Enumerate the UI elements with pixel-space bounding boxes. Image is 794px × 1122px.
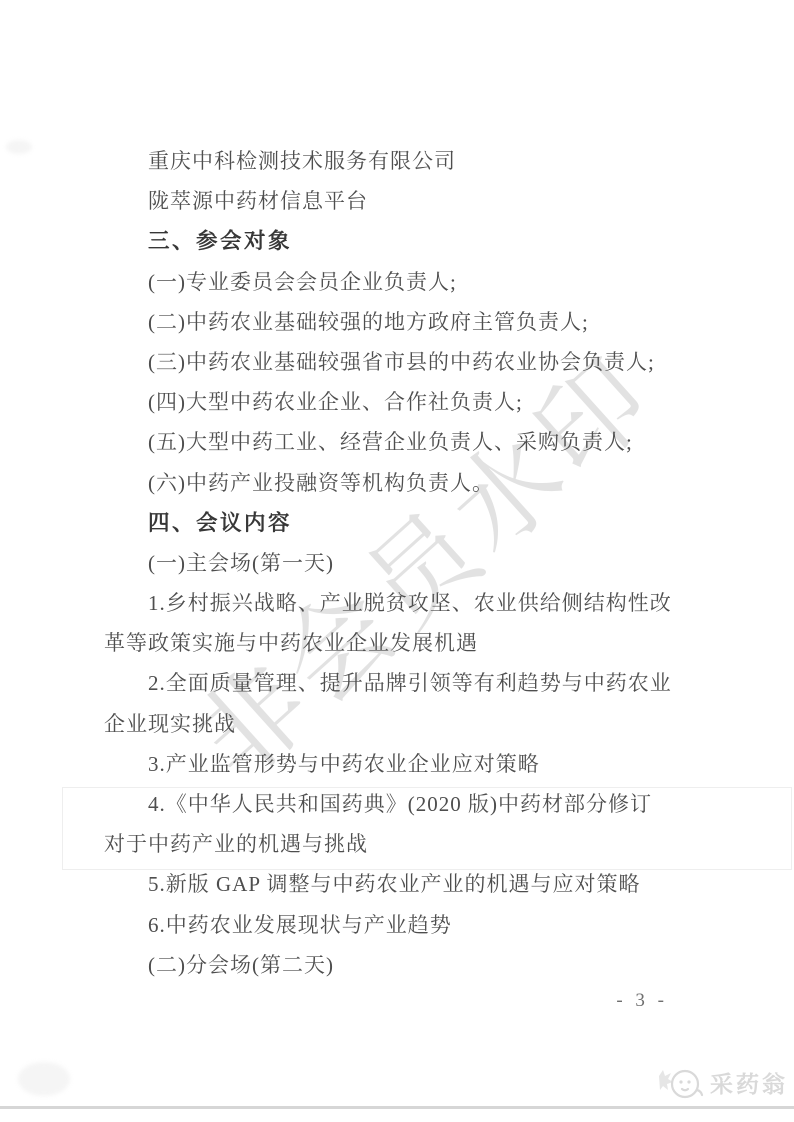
document-lines: 重庆中科检测技术服务有限公司陇萃源中药材信息平台三、参会对象(一)专业委员会会员…	[104, 141, 700, 985]
text-line: (一)主会场(第一天)	[104, 543, 700, 583]
text-line: 1.乡村振兴战略、产业脱贫攻坚、农业供给侧结构性改	[104, 583, 700, 623]
text-line: (二)分会场(第二天)	[104, 945, 700, 985]
brand-name: 采药翁	[710, 1066, 788, 1099]
mascot-icon	[653, 1062, 705, 1102]
text-line: 陇萃源中药材信息平台	[104, 181, 700, 221]
text-line: (三)中药农业基础较强省市县的中药农业协会负责人;	[104, 342, 700, 382]
page-number: - 3 -	[616, 990, 668, 1012]
scanned-document-page: 非会员水印 重庆中科检测技术服务有限公司陇萃源中药材信息平台三、参会对象(一)专…	[0, 0, 794, 1122]
text-line: (二)中药农业基础较强的地方政府主管负责人;	[104, 302, 700, 342]
text-line: 4.《中华人民共和国药典》(2020 版)中药材部分修订	[104, 784, 700, 824]
scan-smudge	[6, 140, 32, 154]
text-line: 企业现实挑战	[104, 704, 700, 744]
text-line: 2.全面质量管理、提升品牌引领等有利趋势与中药农业	[104, 663, 700, 703]
section-heading: 四、会议内容	[104, 503, 700, 543]
document-body: 重庆中科检测技术服务有限公司陇萃源中药材信息平台三、参会对象(一)专业委员会会员…	[104, 141, 700, 985]
text-line: 3.产业监管形势与中药农业企业应对策略	[104, 744, 700, 784]
text-line: (六)中药产业投融资等机构负责人。	[104, 463, 700, 503]
text-line: 对于中药产业的机遇与挑战	[104, 824, 700, 864]
caiyaoweng-logo: 采药翁	[653, 1062, 788, 1102]
text-line: 6.中药农业发展现状与产业趋势	[104, 905, 700, 945]
text-line: 革等政策实施与中药农业企业发展机遇	[104, 623, 700, 663]
bottom-divider	[0, 1106, 794, 1109]
scan-smudge	[18, 1062, 70, 1096]
text-line: (一)专业委员会会员企业负责人;	[104, 262, 700, 302]
text-line: 重庆中科检测技术服务有限公司	[104, 141, 700, 181]
text-line: (四)大型中药农业企业、合作社负责人;	[104, 382, 700, 422]
text-line: 5.新版 GAP 调整与中药农业产业的机遇与应对策略	[104, 864, 700, 904]
text-line: (五)大型中药工业、经营企业负责人、采购负责人;	[104, 422, 700, 462]
section-heading: 三、参会对象	[104, 221, 700, 261]
